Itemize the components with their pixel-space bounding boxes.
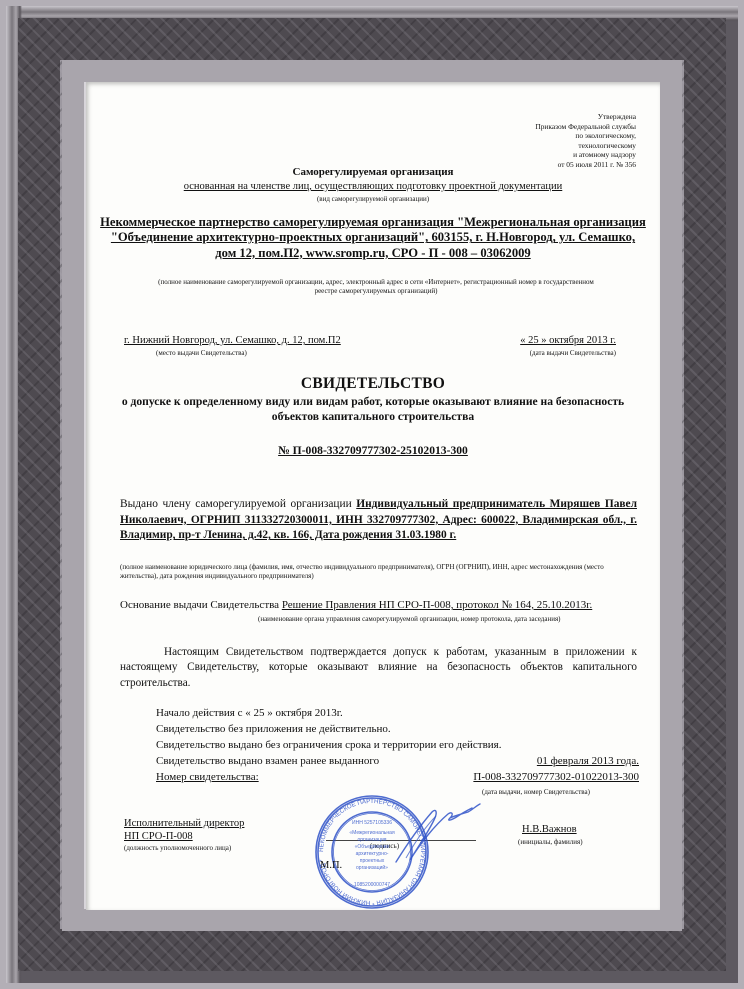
- approved-line: Утверждена: [506, 112, 636, 122]
- organization-caption: (полное наименование саморегулируемой ор…: [146, 278, 606, 296]
- sro-kind: основанная на членстве лиц, осуществляющ…: [86, 181, 660, 192]
- appendix-note: Свидетельство без приложения не действит…: [156, 721, 639, 737]
- sro-kind-text: основанная на членстве лиц, осуществляющ…: [184, 181, 563, 192]
- signer-position: Исполнительный директор НП СРО-П-008: [124, 818, 244, 843]
- issue-date: « 25 » октября 2013 г.: [476, 335, 616, 346]
- certificate-title: СВИДЕТЕЛЬСТВО: [86, 375, 660, 393]
- start-date: Начало действия с « 25 » октября 2013г.: [156, 705, 639, 721]
- sro-kind-caption: (вид саморегулируемой организации): [86, 195, 660, 204]
- organization-text: Некоммерческое партнерство саморегулируе…: [100, 215, 646, 260]
- issue-basis: Основание выдачи Свидетельства Решение П…: [120, 598, 637, 613]
- basis-label: Основание выдачи Свидетельства: [120, 599, 279, 611]
- issued-to-label: Выдано члену саморегулируемой организаци…: [120, 498, 352, 510]
- previous-number-label: Номер свидетельства:: [156, 769, 259, 785]
- signer-name-caption: (инициалы, фамилия): [518, 838, 583, 847]
- replaced-line: Свидетельство выдано взамен ранее выданн…: [156, 753, 639, 769]
- seal-label: М.П.: [320, 860, 342, 871]
- previous-number-caption: (дата выдачи, номер Свидетельства): [456, 788, 616, 797]
- certificate-subtitle: о допуске к определенному виду или видам…: [106, 395, 640, 424]
- confirmation-paragraph: Настоящим Свидетельством подтверждается …: [120, 645, 637, 691]
- basis-value: Решение Правления НП СРО-П-008, протокол…: [282, 599, 592, 611]
- signer-position-line-2: НП СРО-П-008: [124, 831, 244, 844]
- previous-number-line: Номер свидетельства: П-008-332709777302-…: [156, 769, 639, 785]
- approved-line: и атомному надзору: [506, 150, 636, 160]
- approved-line: технологическому: [506, 141, 636, 151]
- replaced-date: 01 февраля 2013 года.: [537, 753, 639, 769]
- approved-block: Утверждена Приказом Федеральной службы п…: [506, 112, 636, 170]
- issue-place: г. Нижний Новгород, ул. Семашко, д. 12, …: [124, 335, 341, 346]
- terms-block: Начало действия с « 25 » октября 2013г. …: [156, 705, 639, 785]
- replaced-label: Свидетельство выдано взамен ранее выданн…: [156, 753, 379, 769]
- organization-name: Некоммерческое партнерство саморегулируе…: [100, 215, 646, 261]
- sro-title: Саморегулируемая организация: [86, 166, 660, 178]
- no-limits-note: Свидетельство выдано без ограничения сро…: [156, 737, 639, 753]
- signer-name: Н.В.Важнов: [522, 824, 577, 835]
- issued-to: Выдано члену саморегулируемой организаци…: [120, 497, 637, 544]
- certificate-number: № П-008-332709777302-25102013-300: [86, 444, 660, 457]
- approved-line: Приказом Федеральной службы: [506, 122, 636, 132]
- signer-position-line-1: Исполнительный директор: [124, 818, 244, 831]
- issue-place-caption: (место выдачи Свидетельства): [156, 349, 247, 358]
- signature-icon: [376, 798, 486, 868]
- approved-line: по экологическому,: [506, 131, 636, 141]
- certificate-number-text: № П-008-332709777302-25102013-300: [278, 444, 468, 457]
- previous-number-value: П-008-332709777302-01022013-300: [473, 769, 639, 785]
- certificate-document: Утверждена Приказом Федеральной службы п…: [86, 82, 660, 910]
- issued-to-caption: (полное наименование юридического лица (…: [120, 563, 620, 581]
- basis-caption: (наименование органа управления саморегу…: [258, 615, 561, 624]
- signer-position-caption: (должность уполномоченного лица): [124, 844, 231, 853]
- issue-date-caption: (дата выдачи Свидетельства): [486, 349, 616, 358]
- svg-text:1085200000747: 1085200000747: [354, 882, 390, 888]
